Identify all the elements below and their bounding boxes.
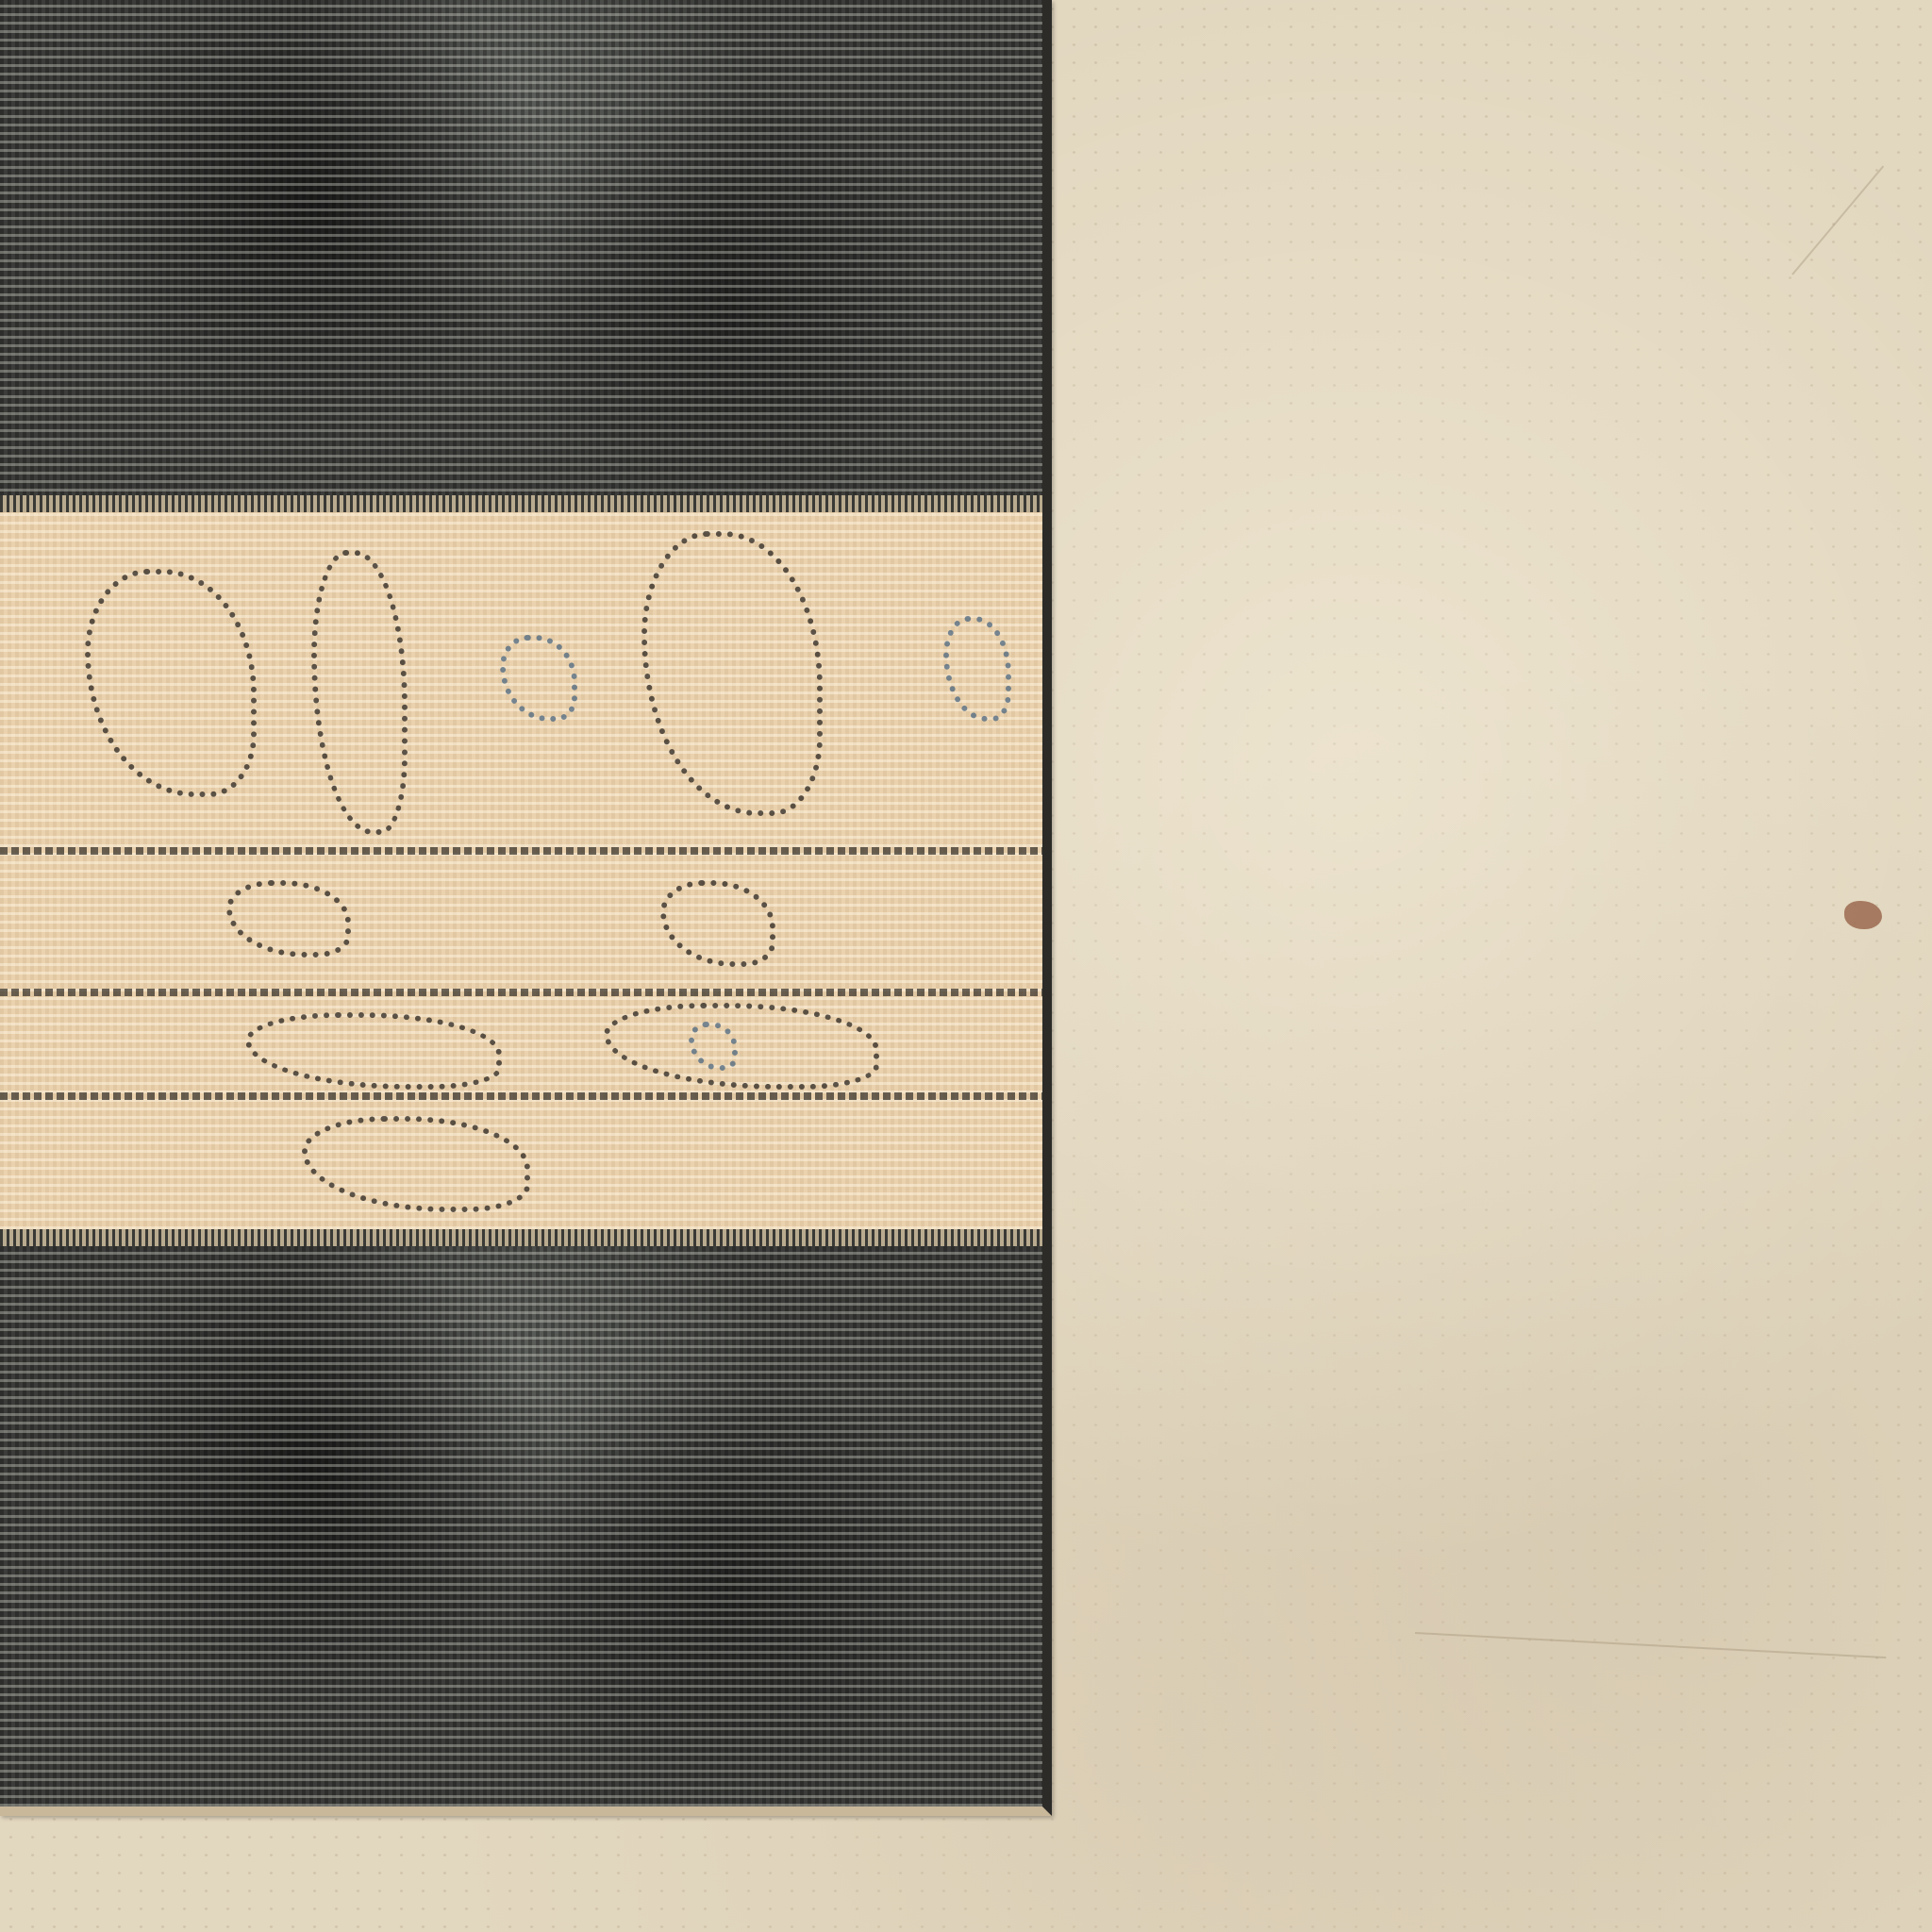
rug-motif bbox=[604, 1003, 879, 1090]
patchwork-rug bbox=[0, 0, 1052, 1816]
rug-motif bbox=[302, 1116, 530, 1212]
rug-dark-panel-top bbox=[0, 0, 1042, 500]
rug-motif bbox=[245, 1012, 502, 1090]
rug-seam bbox=[0, 495, 1042, 512]
rug-motif bbox=[85, 569, 257, 797]
rug-light-panel bbox=[0, 512, 1042, 1229]
rug-motif bbox=[500, 635, 577, 722]
rug-band-line bbox=[0, 847, 1042, 855]
floor-stain bbox=[1844, 901, 1882, 929]
rug-band-line bbox=[0, 989, 1042, 996]
rug-motif bbox=[311, 550, 408, 835]
rug-band-line bbox=[0, 1092, 1042, 1100]
rug-motif bbox=[660, 880, 775, 967]
rug-seam bbox=[0, 1229, 1042, 1246]
rug-dark-panel-bottom bbox=[0, 1246, 1042, 1807]
rug-motif bbox=[226, 880, 351, 958]
rug-motif bbox=[943, 616, 1011, 722]
rug-motif bbox=[641, 531, 823, 816]
